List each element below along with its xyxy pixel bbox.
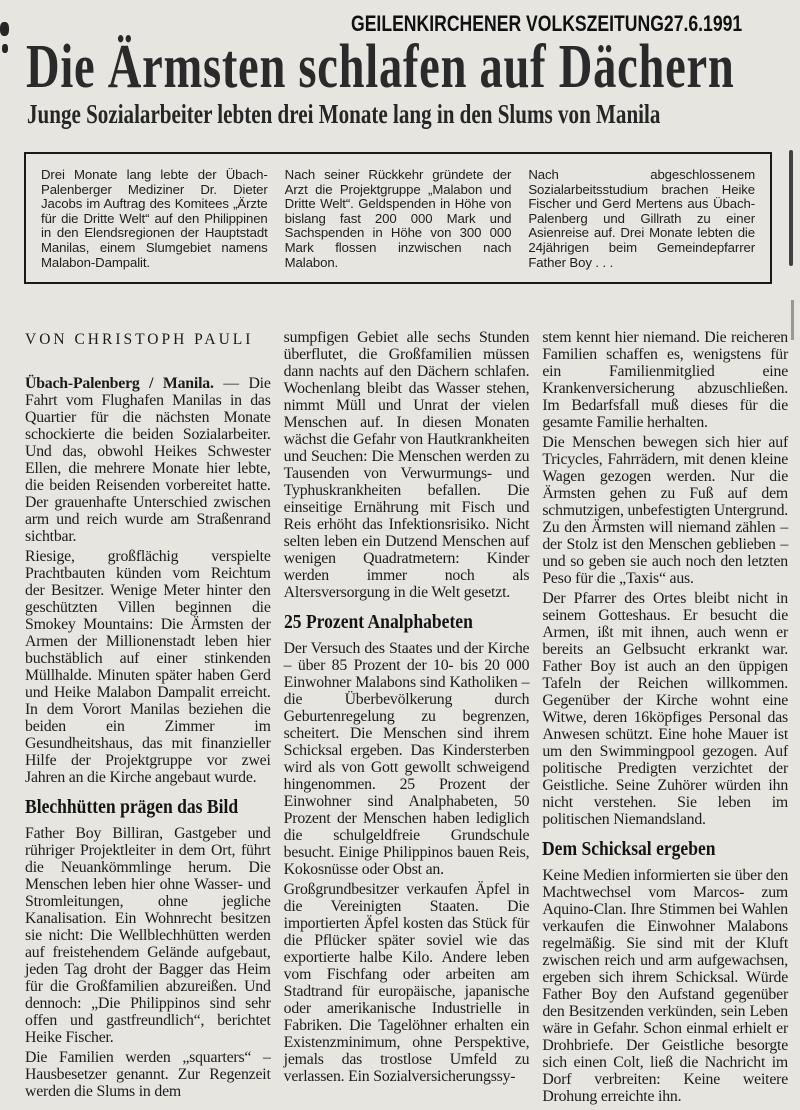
body-paragraph: Der Pfarrer des Ortes bleibt nicht in se… [542, 590, 788, 828]
article-column-3: stem kennt hier niemand. Die reicheren F… [542, 329, 788, 1108]
article-column-1: VON CHRISTOPH PAULIÜbach-Palenberg / Man… [25, 329, 271, 1108]
byline: VON CHRISTOPH PAULI [25, 331, 271, 349]
newspaper-page: GEILENKIRCHENER VOLKSZEITUNG27.6.1991 Di… [0, 0, 800, 1110]
body-paragraph: Riesige, großflächig verspielte Prachtba… [25, 548, 271, 786]
subheadline: Junge Sozialarbeiter lebten drei Monate … [27, 101, 660, 128]
scan-artifact [789, 150, 793, 266]
body-paragraph: Übach-Palenberg / Manila. — Die Fahrt vo… [25, 375, 271, 545]
crosshead: 25 Prozent Analphabeten [284, 612, 505, 633]
scan-artifact [2, 44, 8, 53]
lead-paragraph: Nach seiner Rückkehr gründete der Arzt d… [285, 168, 512, 270]
scan-artifact [0, 22, 9, 36]
article-body: VON CHRISTOPH PAULIÜbach-Palenberg / Man… [25, 329, 788, 1108]
body-paragraph: Father Boy Billiran, Gastgeber und rühri… [25, 825, 271, 1046]
body-paragraph: Die Menschen bewegen sich hier auf Tricy… [542, 434, 788, 587]
body-paragraph: stem kennt hier niemand. Die reicheren F… [542, 329, 788, 431]
crosshead: Dem Schicksal ergeben [542, 839, 763, 860]
scan-artifact [791, 300, 794, 340]
lead-box: Drei Monate lang lebte der Übach-Palenbe… [24, 152, 772, 284]
body-paragraph: sumpfigen Gebiet alle sechs Stunden über… [284, 329, 530, 601]
article-column-2: sumpfigen Gebiet alle sechs Stunden über… [284, 329, 530, 1108]
lead-paragraph: Nach abgeschlossenem Sozialarbeitsstudiu… [528, 168, 755, 270]
body-paragraph: Die Familien werden „squarters“ – Hausbe… [25, 1049, 271, 1100]
paragraph-lead-in: Übach-Palenberg / Manila. [25, 375, 214, 392]
body-paragraph: Keine Medien informierten sie über den M… [542, 867, 788, 1105]
lead-paragraph: Drei Monate lang lebte der Übach-Palenbe… [41, 168, 268, 270]
body-paragraph: Großgrundbesitzer verkaufen Äpfel in die… [284, 881, 530, 1085]
body-paragraph: Der Versuch des Staates und der Kirche –… [284, 640, 530, 878]
headline: Die Ärmsten schlafen auf Dächern [26, 36, 734, 98]
crosshead: Blechhütten prägen das Bild [25, 797, 246, 818]
